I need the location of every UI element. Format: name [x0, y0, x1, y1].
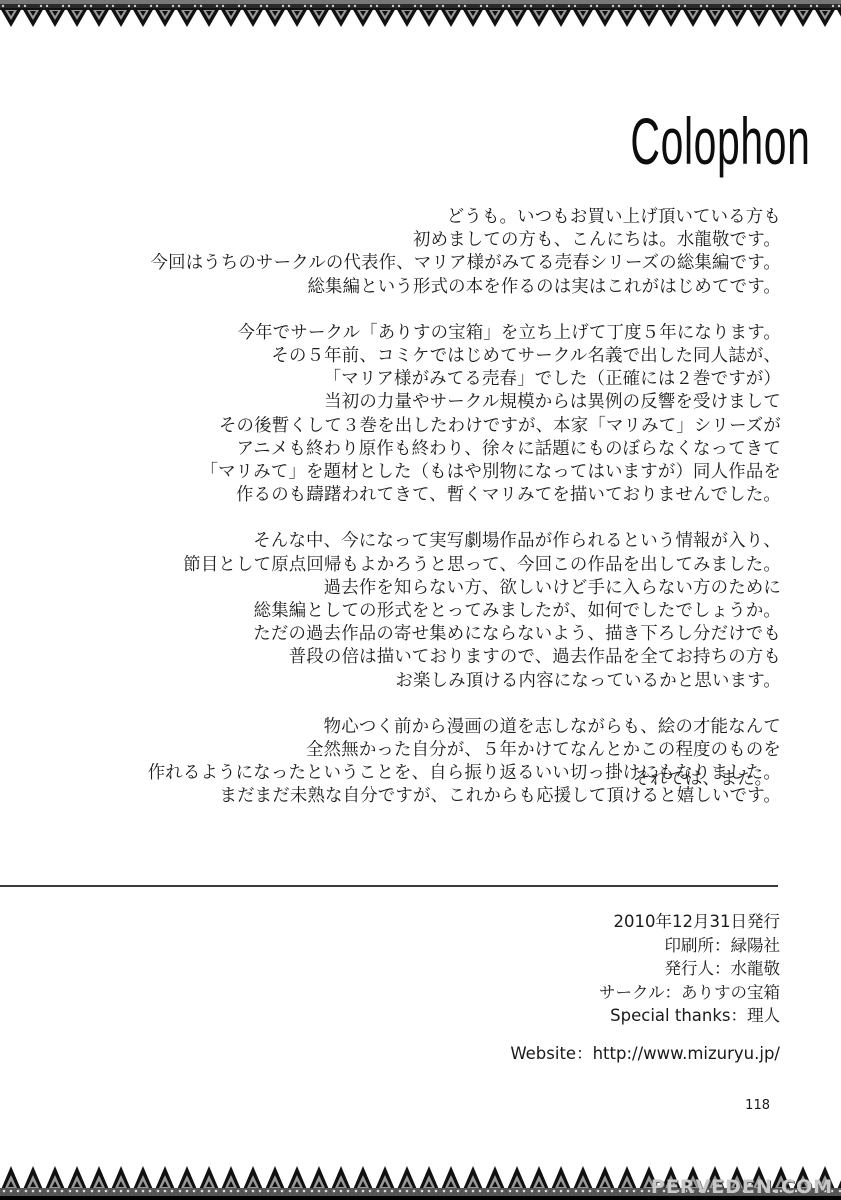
paragraph-2: 今年でサークル「ありすの宝箱」を立ち上げて丁度５年になります。 その５年前、コミ… [141, 322, 781, 508]
circle: サークル：ありすの宝箱 [599, 981, 780, 1005]
text-line: 当初の力量やサークル規模からは異例の反響を受けまして [141, 391, 781, 414]
text-line: 全然無かった自分が、５年かけてなんとかこの程度のものを [141, 739, 781, 762]
text-line: 普段の倍は描いておりますので、過去作品を全てお持ちの方も [141, 646, 781, 669]
page-number: 118 [745, 1098, 770, 1113]
text-line: 作るのも躊躇われてきて、暫くマリみてを描いておりませんでした。 [141, 484, 781, 507]
website-link: Website：http://www.mizuryu.jp/ [510, 1040, 780, 1064]
text-line: ただの過去作品の寄せ集めにならないよう、描き下ろし分だけでも [141, 623, 781, 646]
publish-date: 2010年12月31日発行 [599, 910, 780, 934]
text-line: 初めましての方も、こんにちは。水龍敬です。 [141, 229, 781, 252]
watermark: PERVEDEN.COM [651, 1176, 833, 1198]
paragraph-4: 物心つく前から漫画の道を志しながらも、絵の才能なんて 全然無かった自分が、５年か… [141, 716, 781, 809]
lace-border-top [0, 0, 841, 30]
divider-rule [0, 885, 778, 887]
text-line: 節目として原点回帰もよかろうと思って、今回この作品を出してみました。 [141, 554, 781, 577]
text-line: そんな中、今になって実写劇場作品が作られるという情報が入り、 [141, 530, 781, 553]
sign-off: それでは、また。 [633, 764, 772, 789]
body-text: どうも。いつもお買い上げ頂いている方も 初めましての方も、こんにちは。水龍敬です… [141, 206, 781, 832]
text-line: お楽しみ頂ける内容になっているかと思います。 [141, 670, 781, 693]
text-line: 物心つく前から漫画の道を志しながらも、絵の才能なんて [141, 716, 781, 739]
paragraph-1: どうも。いつもお買い上げ頂いている方も 初めましての方も、こんにちは。水龍敬です… [141, 206, 781, 299]
special-thanks: Special thanks：理人 [599, 1004, 780, 1028]
text-line: 総集編としての形式をとってみましたが、如何でしたでしょうか。 [141, 600, 781, 623]
text-line: 今回はうちのサークルの代表作、マリア様がみてる売春シリーズの総集編です。 [141, 252, 781, 275]
text-line: その後暫くして３巻を出したわけですが、本家「マリみて」シリーズが [141, 415, 781, 438]
colophon-info: 2010年12月31日発行 印刷所：緑陽社 発行人：水龍敬 サークル：ありすの宝… [599, 910, 780, 1028]
text-line: 「マリみて」を題材とした（もはや別物になってはいますが）同人作品を [141, 461, 781, 484]
text-line: その５年前、コミケではじめてサークル名義で出した同人誌が、 [141, 345, 781, 368]
page-title: Colophon [631, 108, 811, 174]
publisher: 発行人：水龍敬 [599, 957, 780, 981]
paragraph-3: そんな中、今になって実写劇場作品が作られるという情報が入り、 節目として原点回帰… [141, 530, 781, 692]
text-line: 過去作を知らない方、欲しいけど手に入らない方のために [141, 577, 781, 600]
text-line: 「マリア様がみてる売春」でした（正確には２巻ですが） [141, 368, 781, 391]
text-line: アニメも終わり原作も終わり、徐々に話題にものぼらなくなってきて [141, 438, 781, 461]
text-line: どうも。いつもお買い上げ頂いている方も [141, 206, 781, 229]
text-line: 今年でサークル「ありすの宝箱」を立ち上げて丁度５年になります。 [141, 322, 781, 345]
text-line: 総集編という形式の本を作るのは実はこれがはじめてです。 [141, 276, 781, 299]
printer: 印刷所：緑陽社 [599, 934, 780, 958]
